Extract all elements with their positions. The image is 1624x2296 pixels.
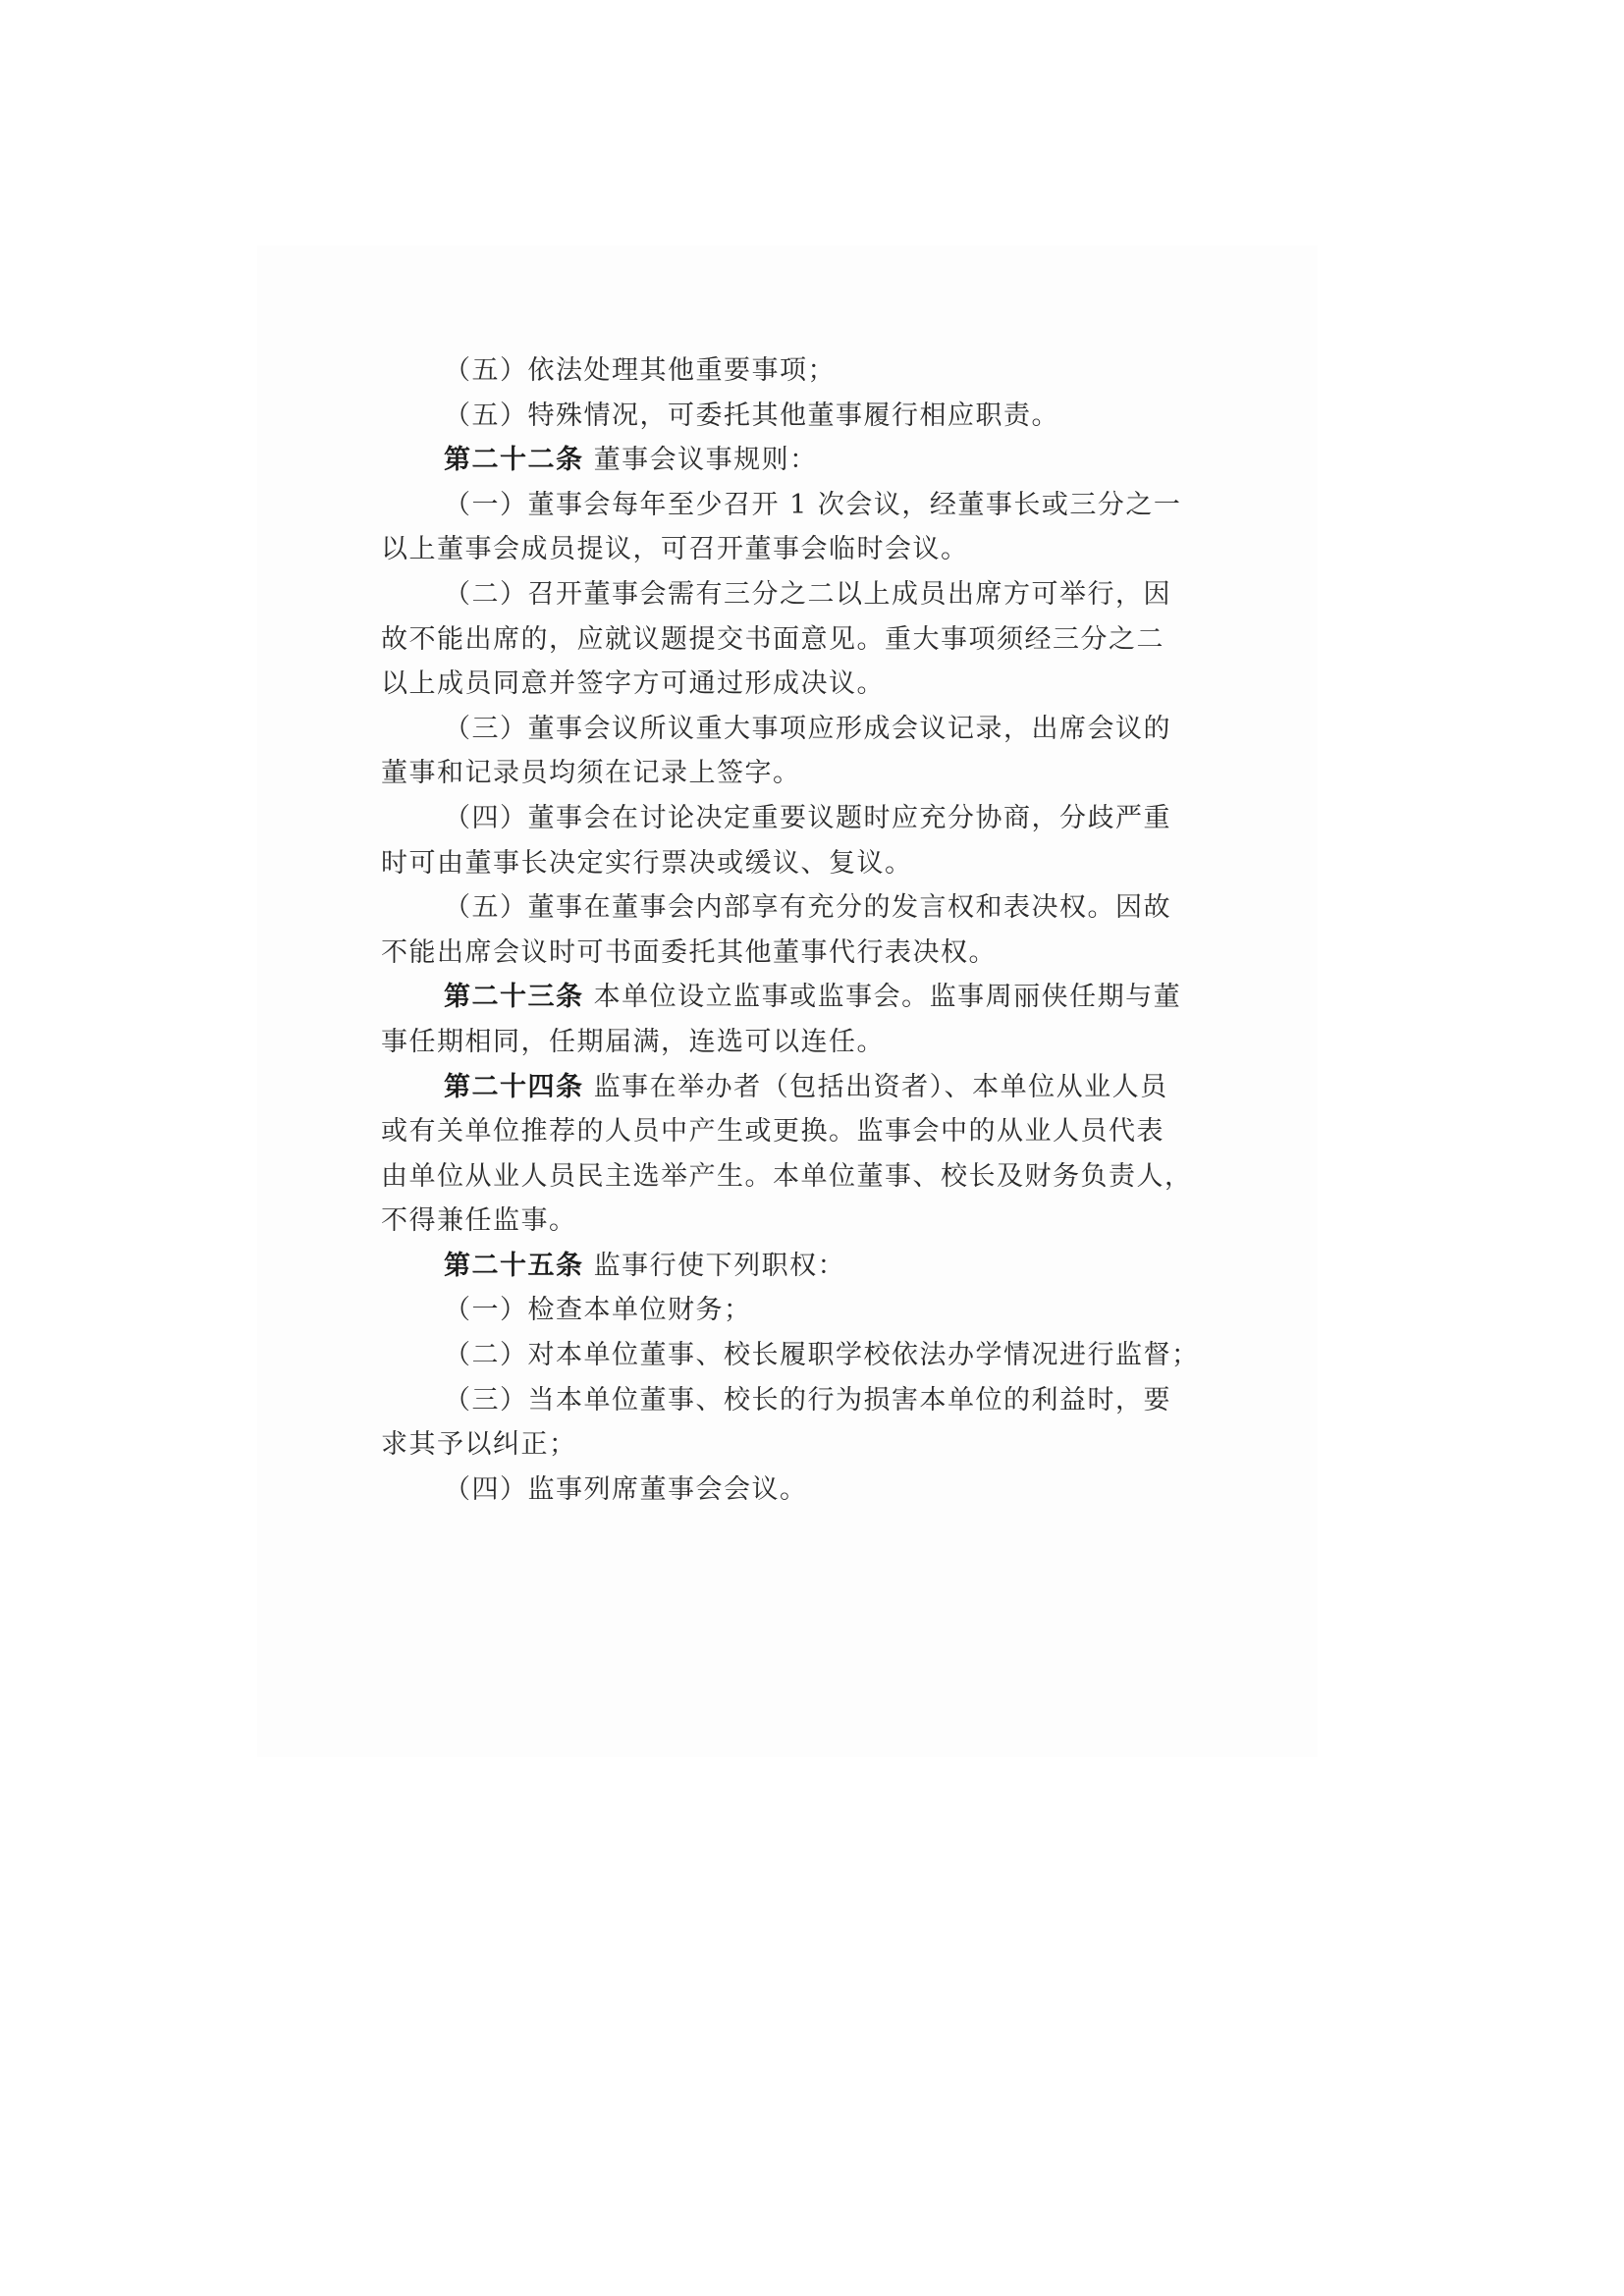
line-text: （四）董事会在讨论决定重要议题时应充分协商，分歧严重 <box>444 803 1171 833</box>
paragraph-line: 时可由董事长决定实行票决或缓议、复议。 <box>381 841 1225 886</box>
article-line: 第二十五条 监事行使下列职权： <box>381 1244 1225 1289</box>
line-text: 或有关单位推荐的人员中产生或更换。监事会中的从业人员代表 <box>381 1116 1164 1147</box>
paragraph-line: （一）检查本单位财务； <box>381 1288 1225 1333</box>
line-text: 求其予以纠正； <box>381 1429 577 1460</box>
article-line: 第二十四条 监事在举办者（包括出资者）、本单位从业人员 <box>381 1065 1225 1110</box>
line-text: 以上董事会成员提议，可召开董事会临时会议。 <box>381 534 969 564</box>
paragraph-line: （二）对本单位董事、校长履职学校依法办学情况进行监督； <box>381 1333 1225 1378</box>
paragraph-line: 或有关单位推荐的人员中产生或更换。监事会中的从业人员代表 <box>381 1109 1225 1154</box>
line-text: 监事行使下列职权： <box>584 1251 846 1281</box>
paragraph-line: （一）董事会每年至少召开 1 次会议，经董事长或三分之一 <box>381 483 1225 528</box>
article-number: 第二十五条 <box>444 1251 584 1281</box>
line-text: 不能出席会议时可书面委托其他董事代行表决权。 <box>381 937 997 968</box>
line-text: 以上成员同意并签字方可通过形成决议。 <box>381 668 885 699</box>
line-text: 董事会议事规则： <box>584 445 818 475</box>
paragraph-line: （三）董事会议所议重大事项应形成会议记录，出席会议的 <box>381 707 1225 752</box>
line-text: （五）依法处理其他重要事项； <box>444 355 836 386</box>
article-number: 第二十三条 <box>444 982 584 1012</box>
paragraph-line: 以上董事会成员提议，可召开董事会临时会议。 <box>381 527 1225 572</box>
line-text: 本单位设立监事或监事会。监事周丽侠任期与董 <box>584 982 1182 1012</box>
paragraph-line: 不能出席会议时可书面委托其他董事代行表决权。 <box>381 931 1225 976</box>
line-text: （五）特殊情况，可委托其他董事履行相应职责。 <box>444 400 1059 431</box>
document-body: （五）依法处理其他重要事项；（五）特殊情况，可委托其他董事履行相应职责。第二十二… <box>381 348 1225 1512</box>
line-text: 故不能出席的，应就议题提交书面意见。重大事项须经三分之二 <box>381 624 1164 655</box>
article-line: 第二十二条 董事会议事规则： <box>381 438 1225 483</box>
paragraph-line: 事任期相同，任期届满，连选可以连任。 <box>381 1020 1225 1065</box>
paragraph-line: 求其予以纠正； <box>381 1422 1225 1468</box>
line-text: 时可由董事长决定实行票决或缓议、复议。 <box>381 848 913 879</box>
line-text: （四）监事列席董事会会议。 <box>444 1474 808 1505</box>
line-text: （三）当本单位董事、校长的行为损害本单位的利益时，要 <box>444 1385 1171 1415</box>
paragraph-line: （四）监事列席董事会会议。 <box>381 1468 1225 1513</box>
article-number: 第二十四条 <box>444 1072 584 1102</box>
paragraph-line: （二）召开董事会需有三分之二以上成员出席方可举行，因 <box>381 572 1225 617</box>
paragraph-line: （五）董事在董事会内部享有充分的发言权和表决权。因故 <box>381 885 1225 931</box>
line-text: 董事和记录员均须在记录上签字。 <box>381 758 801 788</box>
paragraph-line: （五）依法处理其他重要事项； <box>381 348 1225 394</box>
paragraph-line: 故不能出席的，应就议题提交书面意见。重大事项须经三分之二 <box>381 617 1225 663</box>
line-text: （一）检查本单位财务； <box>444 1295 752 1325</box>
paragraph-line: （三）当本单位董事、校长的行为损害本单位的利益时，要 <box>381 1378 1225 1423</box>
paragraph-line: 董事和记录员均须在记录上签字。 <box>381 751 1225 796</box>
line-text: （三）董事会议所议重大事项应形成会议记录，出席会议的 <box>444 714 1171 744</box>
paragraph-line: （五）特殊情况，可委托其他董事履行相应职责。 <box>381 394 1225 439</box>
article-line: 第二十三条 本单位设立监事或监事会。监事周丽侠任期与董 <box>381 975 1225 1020</box>
line-text: 不得兼任监事。 <box>381 1205 577 1236</box>
paragraph-line: 以上成员同意并签字方可通过形成决议。 <box>381 662 1225 707</box>
line-text: （二）召开董事会需有三分之二以上成员出席方可举行，因 <box>444 579 1171 610</box>
line-text: （五）董事在董事会内部享有充分的发言权和表决权。因故 <box>444 892 1171 923</box>
article-number: 第二十二条 <box>444 445 584 475</box>
line-text: 由单位从业人员民主选举产生。本单位董事、校长及财务负责人， <box>381 1161 1193 1192</box>
paragraph-line: 由单位从业人员民主选举产生。本单位董事、校长及财务负责人， <box>381 1154 1225 1200</box>
line-text: 事任期相同，任期届满，连选可以连任。 <box>381 1027 885 1057</box>
line-text: （二）对本单位董事、校长履职学校依法办学情况进行监督； <box>444 1340 1200 1370</box>
line-text: 监事在举办者（包括出资者）、本单位从业人员 <box>584 1072 1168 1102</box>
paragraph-line: 不得兼任监事。 <box>381 1199 1225 1244</box>
paragraph-line: （四）董事会在讨论决定重要议题时应充分协商，分歧严重 <box>381 796 1225 841</box>
line-text: （一）董事会每年至少召开 1 次会议，经董事长或三分之一 <box>444 490 1181 520</box>
